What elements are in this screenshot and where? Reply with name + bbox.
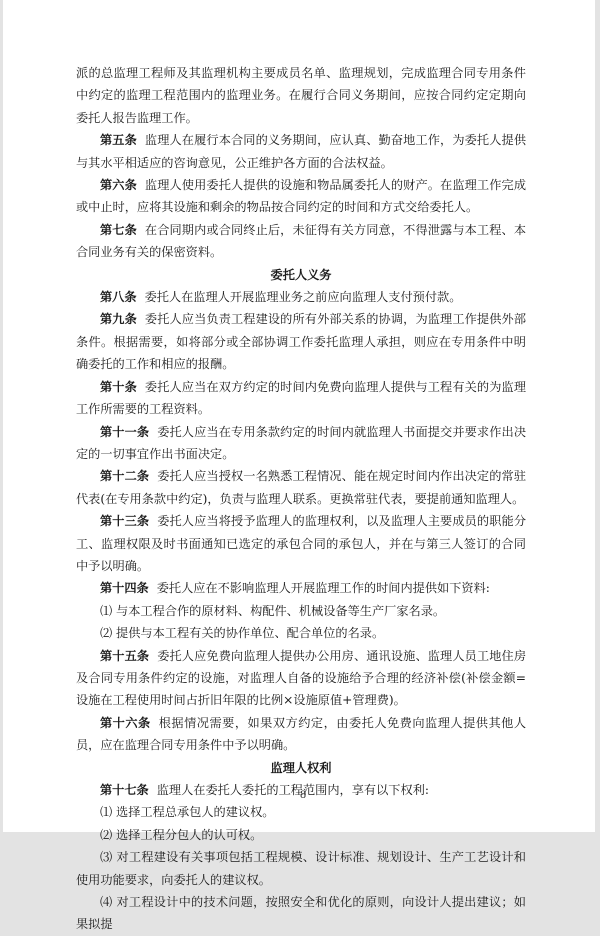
- article-12: 第十二条委托人应当授权一名熟悉工程情况、能在规定时间内作出决定的常驻代表(在专用…: [76, 465, 526, 510]
- article-number: 第七条: [100, 223, 137, 237]
- article-11: 第十一条委托人应当在专用条款约定的时间内就监理人书面提交并要求作出决定的一切事宜…: [76, 421, 526, 466]
- article-7: 第七条在合同期内或合同终止后，未征得有关方同意，不得泄露与本工程、本合同业务有关…: [76, 219, 526, 264]
- article-number: 第十二条: [100, 469, 149, 483]
- list-item: ⑵ 选择工程分包人的认可权。: [76, 824, 526, 832]
- list-item: ⑴ 与本工程合作的原材料、构配件、机械设备等生产厂家名录。: [76, 600, 526, 622]
- article-number: 第八条: [100, 290, 137, 304]
- paragraph-text: 派的总监理工程师及其监理机构主要成员名单、监理规划，完成监理合同专用条件中约定的…: [76, 66, 526, 125]
- article-number: 第十三条: [100, 514, 149, 528]
- article-8: 第八条委托人在监理人开展监理业务之前应向监理人支付预付款。: [76, 286, 526, 308]
- paragraph-text: 委托人应当负责工程建设的所有外部关系的协调，为监理工作提供外部条件。根据需要，如…: [76, 312, 526, 371]
- paragraph-text: 委托人在监理人开展监理业务之前应向监理人支付预付款。: [145, 290, 462, 304]
- article-16: 第十六条根据情况需要，如果双方约定，由委托人免费向监理人提供其他人员，应在监理合…: [76, 712, 526, 757]
- article-13: 第十三条委托人应当将授予监理人的监理权利，以及监理人主要成员的职能分工、监理权限…: [76, 510, 526, 577]
- paragraph-text: 监理人使用委托人提供的设施和物品属委托人的财产。在监理工作完成或中止时，应将其设…: [76, 178, 526, 214]
- page-number: 8: [3, 790, 600, 801]
- paragraph-text: 委托人应在不影响监理人开展监理工作的时间内提供如下资料:: [157, 581, 490, 595]
- article-number: 第十四条: [100, 581, 149, 595]
- section-heading-supervisor-rights: 监理人权利: [76, 757, 526, 779]
- article-number: 第十条: [100, 380, 137, 394]
- article-number: 第十一条: [100, 425, 149, 439]
- paragraph-text: 在合同期内或合同终止后，未征得有关方同意，不得泄露与本工程、本合同业务有关的保密…: [76, 223, 526, 259]
- paragraph-text: 委托人应当在双方约定的时间内免费向监理人提供与工程有关的为监理工作所需要的工程资…: [76, 380, 526, 416]
- document-page: 派的总监理工程师及其监理机构主要成员名单、监理规划，完成监理合同专用条件中约定的…: [3, 0, 595, 832]
- article-10: 第十条委托人应当在双方约定的时间内免费向监理人提供与工程有关的为监理工作所需要的…: [76, 376, 526, 421]
- article-15: 第十五条委托人应免费向监理人提供办公用房、通讯设施、监理人员工地住房及合同专用条…: [76, 645, 526, 712]
- article-6: 第六条监理人使用委托人提供的设施和物品属委托人的财产。在监理工作完成或中止时，应…: [76, 174, 526, 219]
- paragraph-text: 监理人在履行本合同的义务期间，应认真、勤奋地工作，为委托人提供与其水平相适应的咨…: [76, 133, 526, 169]
- article-number: 第十五条: [100, 649, 149, 663]
- article-14: 第十四条委托人应在不影响监理人开展监理工作的时间内提供如下资料:: [76, 577, 526, 599]
- page-content: 派的总监理工程师及其监理机构主要成员名单、监理规划，完成监理合同专用条件中约定的…: [76, 62, 526, 832]
- section-heading-client-obligations: 委托人义务: [76, 264, 526, 286]
- paragraph-continuation: 派的总监理工程师及其监理机构主要成员名单、监理规划，完成监理合同专用条件中约定的…: [76, 62, 526, 129]
- article-5: 第五条监理人在履行本合同的义务期间，应认真、勤奋地工作，为委托人提供与其水平相适…: [76, 129, 526, 174]
- article-number: 第九条: [100, 312, 137, 326]
- list-item: ⑴ 选择工程总承包人的建议权。: [76, 801, 526, 823]
- article-9: 第九条委托人应当负责工程建设的所有外部关系的协调，为监理工作提供外部条件。根据需…: [76, 308, 526, 375]
- article-number: 第五条: [100, 133, 137, 147]
- article-number: 第十六条: [100, 716, 151, 730]
- list-item: ⑵ 提供与本工程有关的协作单位、配合单位的名录。: [76, 622, 526, 644]
- article-number: 第六条: [100, 178, 137, 192]
